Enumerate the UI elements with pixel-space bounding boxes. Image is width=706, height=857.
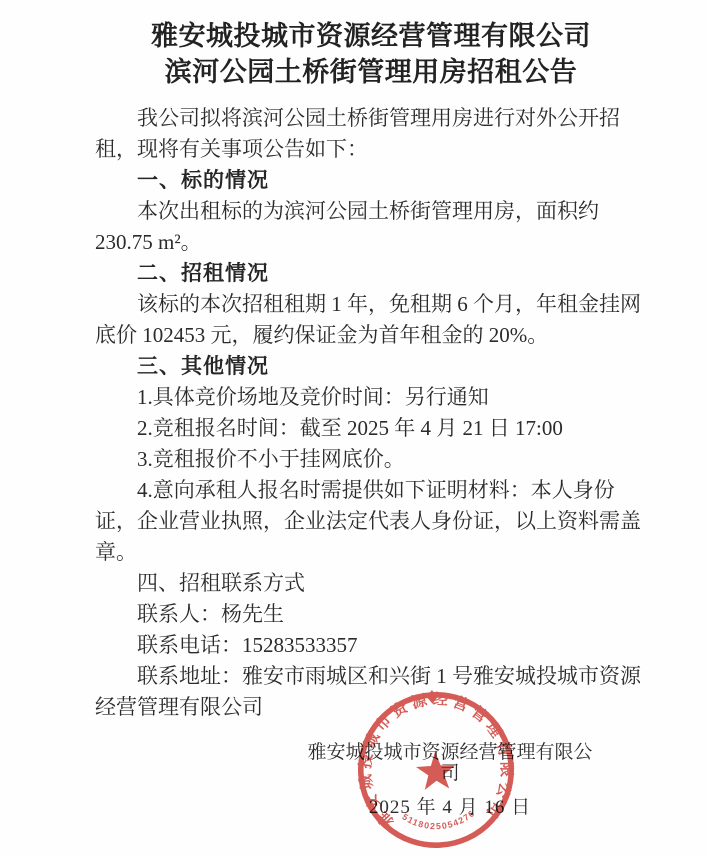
document-body: 我公司拟将滨河公园土桥街管理用房进行对外公开招租，现将有关事项公告如下： 一、标… [95,103,647,723]
document-title: 雅安城投城市资源经营管理有限公司 滨河公园土桥街管理用房招租公告 [95,18,647,90]
section-2-heading: 二、招租情况 [95,258,647,289]
contact-phone: 联系电话：15283533357 [95,630,647,661]
section-2-paragraph: 该标的本次招租租期 1 年，免租期 6 个月，年租金挂网底价 102453 元，… [95,289,647,351]
section-3-item-3: 3.竞租报价不小于挂网底价。 [95,444,647,475]
signature-block: 雅安城投城市资源经营管理有限公司 2025 年 4 月 16 日 [303,742,597,818]
contact-address: 联系地址：雅安市雨城区和兴街 1 号雅安城投城市资源经营管理有限公司 [95,661,647,723]
signature-date: 2025 年 4 月 16 日 [303,797,597,818]
intro-paragraph: 我公司拟将滨河公园土桥街管理用房进行对外公开招租，现将有关事项公告如下： [95,103,647,165]
signature-company: 雅安城投城市资源经营管理有限公司 [303,742,597,784]
section-3-heading: 三、其他情况 [95,351,647,382]
section-3-item-2: 2.竞租报名时间：截至 2025 年 4 月 21 日 17:00 [95,413,647,444]
section-4-heading: 四、招租联系方式 [95,568,647,599]
contact-person: 联系人：杨先生 [95,599,647,630]
section-3-item-4: 4.意向承租人报名时需提供如下证明材料：本人身份证，企业营业执照，企业法定代表人… [95,475,647,568]
document-title-line2: 滨河公园土桥街管理用房招租公告 [95,54,647,90]
section-3-item-1: 1.具体竞价场地及竞价时间：另行通知 [95,382,647,413]
document-page: 雅安城投城市资源经营管理有限公司 滨河公园土桥街管理用房招租公告 我公司拟将滨河… [0,0,706,857]
document-content: 雅安城投城市资源经营管理有限公司 滨河公园土桥街管理用房招租公告 我公司拟将滨河… [95,0,647,723]
document-title-line1: 雅安城投城市资源经营管理有限公司 [95,18,647,54]
section-1-heading: 一、标的情况 [95,165,647,196]
section-1-paragraph: 本次出租标的为滨河公园土桥街管理用房，面积约 230.75 m²。 [95,196,647,258]
